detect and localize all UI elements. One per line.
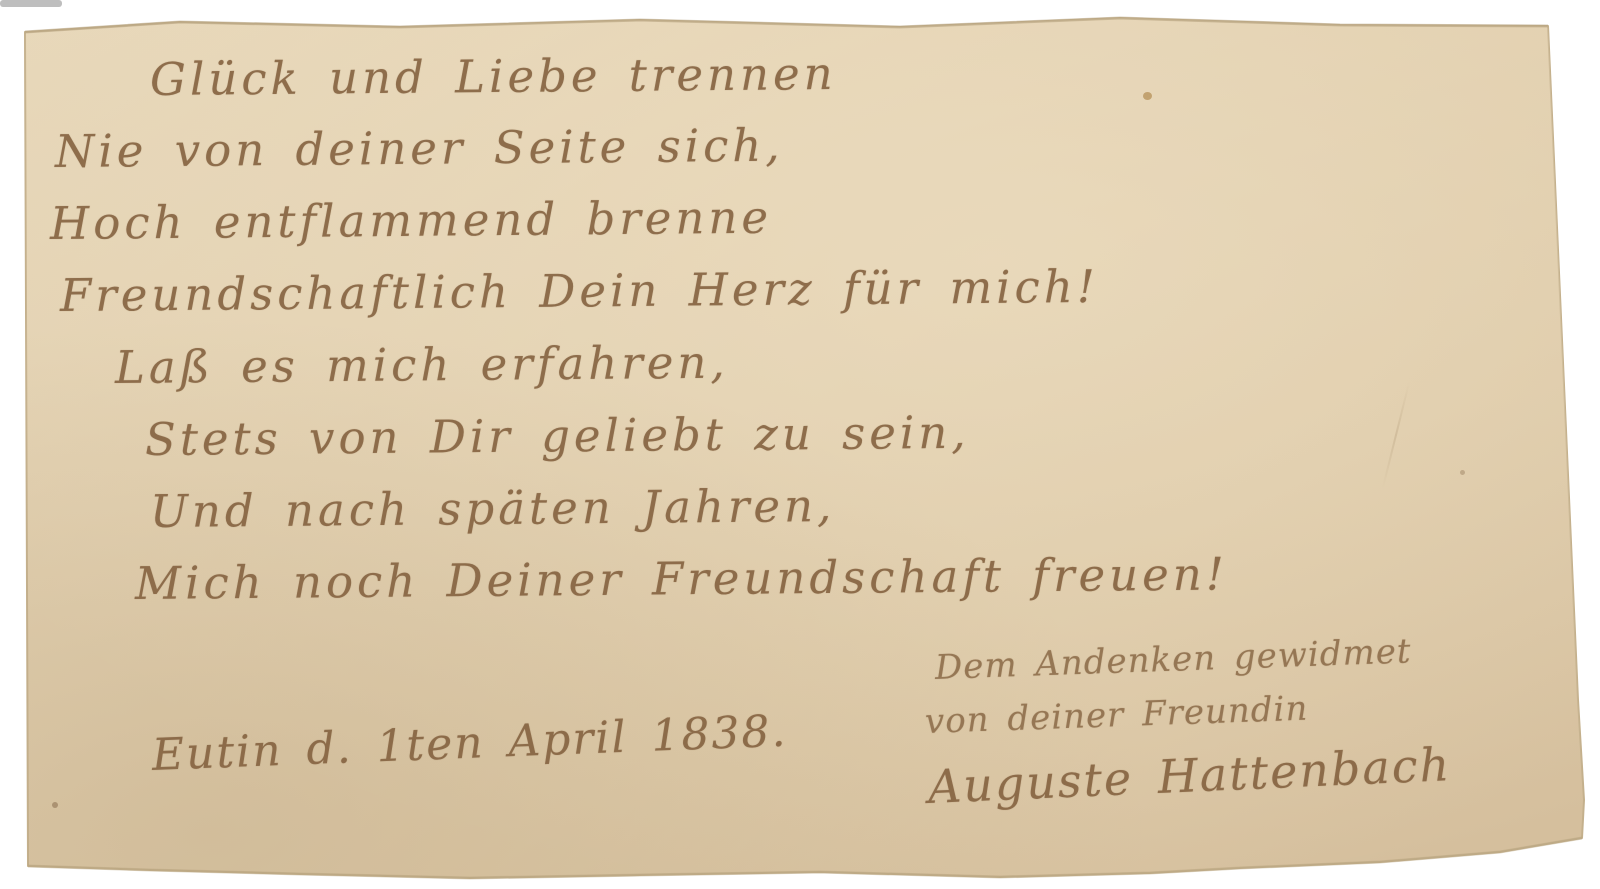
poem-line-8: Mich noch Deiner Freundschaft freuen! xyxy=(135,538,1228,620)
poem-line-4: Freundschaftlich Dein Herz für mich! xyxy=(60,251,1099,332)
dedication-line-2: von deiner Freundin xyxy=(924,689,1309,742)
signature: Auguste Hattenbach xyxy=(927,737,1452,814)
poem-line-6: Stets von Dir geliebt zu sein, xyxy=(145,397,970,476)
poem-line-2: Nie von deiner Seite sich, xyxy=(55,110,784,188)
dateline: Eutin d. 1ten April 1838. xyxy=(151,706,788,781)
poem-line-3: Hoch entflammend brenne xyxy=(50,182,773,260)
poem-line-7: Und nach späten Jahren, xyxy=(150,470,836,548)
dedication-line-1: Dem Andenken gewidmet xyxy=(934,631,1412,688)
poem-line-1: Glück und Liebe trennen xyxy=(150,38,837,116)
poem-line-5: Laß es mich erfahren, xyxy=(115,327,729,404)
scanned-document: Glück und Liebe trennen Nie von deiner S… xyxy=(0,0,1600,889)
handwriting-layer: Glück und Liebe trennen Nie von deiner S… xyxy=(0,0,1600,889)
